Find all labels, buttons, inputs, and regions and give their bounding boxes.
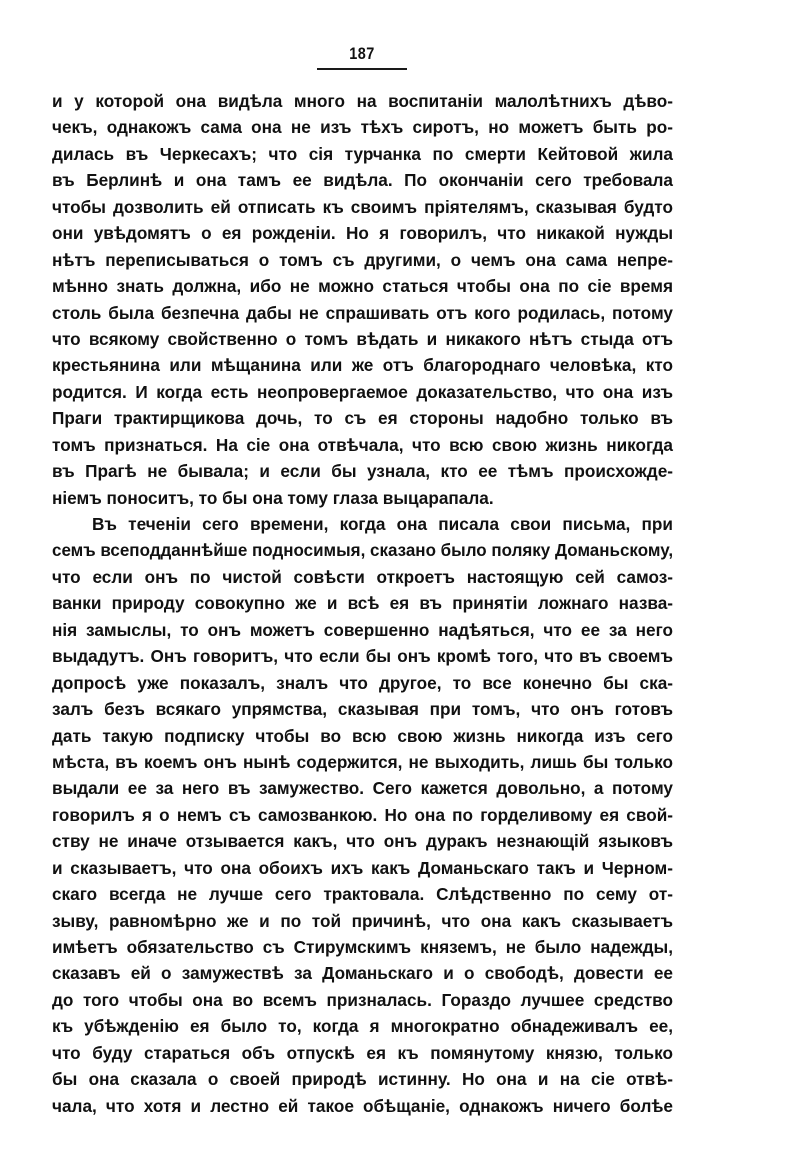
text-line: залъ безъ всякаго упрямства, сказывая пр… xyxy=(52,696,673,722)
line-text: говорилъ я о немъ съ самозванкою. Но она… xyxy=(52,802,673,828)
line-text: ству не иначе отзывается какъ, что онъ д… xyxy=(52,828,673,854)
text-line: чала, что хотя и лестно ей такое обѣщанi… xyxy=(52,1093,673,1119)
text-line: крестьянина или мѣщанина или же отъ благ… xyxy=(52,352,673,378)
text-line: зыву, равномѣрно же и по той причинѣ, чт… xyxy=(52,908,673,934)
line-text: скаго всегда не лучше сего трактовала. С… xyxy=(52,881,673,907)
text-line: выдали ее за него въ замужество. Сего ка… xyxy=(52,775,673,801)
text-line: семъ всеподданнѣйше подносимыя, сказано … xyxy=(52,537,673,563)
text-line: допросѣ уже показалъ, зналъ что другое, … xyxy=(52,670,673,696)
text-line: что буду стараться объ отпускѣ ея къ пом… xyxy=(52,1040,673,1066)
line-text: крестьянина или мѣщанина или же отъ благ… xyxy=(52,352,673,378)
text-line: къ убѣжденiю ея было то, когда я многокр… xyxy=(52,1013,673,1039)
text-line: сказавъ ей о замужествѣ за Доманьскаго и… xyxy=(52,960,673,986)
text-line: въ Берлинѣ и она тамъ ее видѣла. По окон… xyxy=(52,167,673,193)
paragraph-2: Въ теченiи сего времени, когда она писал… xyxy=(52,511,673,1119)
text-line: что если онъ по чистой совѣсти откроетъ … xyxy=(52,564,673,590)
page-number: 187 xyxy=(323,44,401,64)
line-text: залъ безъ всякаго упрямства, сказывая пр… xyxy=(52,696,673,722)
text-line: Праги трактирщикова дочь, то съ ея сторо… xyxy=(52,405,673,431)
line-text: и сказываетъ, что она обоихъ ихъ какъ До… xyxy=(52,855,673,881)
text-line: они увѣдомятъ о ея рожденiи. Но я говори… xyxy=(52,220,673,246)
text-line: нiя замыслы, то онъ можетъ совершенно на… xyxy=(52,617,673,643)
text-line: имѣетъ обязательство съ Стирумскимъ княз… xyxy=(52,934,673,960)
text-line: ству не иначе отзывается какъ, что онъ д… xyxy=(52,828,673,854)
line-text: сказавъ ей о замужествѣ за Доманьскаго и… xyxy=(52,960,673,986)
line-text: въ Берлинѣ и она тамъ ее видѣла. По окон… xyxy=(52,167,673,193)
line-text: столь была безпечна дабы не спрашивать о… xyxy=(52,300,673,326)
text-line: дать такую подписку чтобы во всю свою жи… xyxy=(52,723,673,749)
text-line: скаго всегда не лучше сего трактовала. С… xyxy=(52,881,673,907)
line-text: дать такую подписку чтобы во всю свою жи… xyxy=(52,723,673,749)
line-text: дилась въ Черкесахъ; что сiя турчанка по… xyxy=(52,141,673,167)
line-text: чекъ, однакожъ сама она не изъ тѣхъ сиро… xyxy=(52,114,673,140)
line-text: зыву, равномѣрно же и по той причинѣ, чт… xyxy=(52,908,673,934)
line-text: чала, что хотя и лестно ей такое обѣщанi… xyxy=(52,1093,673,1119)
text-line: говорилъ я о немъ съ самозванкою. Но она… xyxy=(52,802,673,828)
line-text: они увѣдомятъ о ея рожденiи. Но я говори… xyxy=(52,220,673,246)
text-line: и у которой она видѣла много на воспитан… xyxy=(52,88,673,114)
line-text: до того чтобы она во всемъ призналась. Г… xyxy=(52,987,673,1013)
paragraph-1: и у которой она видѣла много на воспитан… xyxy=(52,88,673,511)
line-text: что всякому свойственно о томъ вѣдать и … xyxy=(52,326,673,352)
text-line: столь была безпечна дабы не спрашивать о… xyxy=(52,300,673,326)
text-body: и у которой она видѣла много на воспитан… xyxy=(52,88,673,1119)
line-text: къ убѣжденiю ея было то, когда я многокр… xyxy=(52,1013,673,1039)
text-line: ванки природу совокупно же и всѣ ея въ п… xyxy=(52,590,673,616)
line-text: Въ теченiи сего времени, когда она писал… xyxy=(52,511,673,537)
text-line: выдадутъ. Онъ говоритъ, что если бы онъ … xyxy=(52,643,673,669)
line-text: мѣнно знать должна, ибо не можно статься… xyxy=(52,273,673,299)
line-text: бы она сказала о своей природѣ истинну. … xyxy=(52,1066,673,1092)
line-text: выдадутъ. Онъ говоритъ, что если бы онъ … xyxy=(52,643,673,669)
text-line: мѣнно знать должна, ибо не можно статься… xyxy=(52,273,673,299)
text-line: и сказываетъ, что она обоихъ ихъ какъ До… xyxy=(52,855,673,881)
line-text: что буду стараться объ отпускѣ ея къ пом… xyxy=(52,1040,673,1066)
text-line: нiемъ поноситъ, то бы она тому глаза выц… xyxy=(52,485,673,511)
page-header: 187 xyxy=(316,44,408,70)
line-text: семъ всеподданнѣйше подносимыя, сказано … xyxy=(52,537,673,563)
text-line: родится. И когда есть неопровергаемое до… xyxy=(52,379,673,405)
line-text: ванки природу совокупно же и всѣ ея въ п… xyxy=(52,590,673,616)
line-text: томъ признаться. На сiе она отвѣчала, чт… xyxy=(52,432,673,458)
text-line: нѣтъ переписываться о томъ съ другими, о… xyxy=(52,247,673,273)
text-line: до того чтобы она во всемъ призналась. Г… xyxy=(52,987,673,1013)
text-line: чекъ, однакожъ сама она не изъ тѣхъ сиро… xyxy=(52,114,673,140)
line-text: родится. И когда есть неопровергаемое до… xyxy=(52,379,673,405)
text-line: дилась въ Черкесахъ; что сiя турчанка по… xyxy=(52,141,673,167)
line-text: въ Прагѣ не бывала; и если бы узнала, кт… xyxy=(52,458,673,484)
text-line: томъ признаться. На сiе она отвѣчала, чт… xyxy=(52,432,673,458)
line-text: и у которой она видѣла много на воспитан… xyxy=(52,88,673,114)
text-line: мѣста, въ коемъ онъ нынѣ содержится, не … xyxy=(52,749,673,775)
text-line: бы она сказала о своей природѣ истинну. … xyxy=(52,1066,673,1092)
text-line: чтобы дозволить ей отписать къ своимъ пр… xyxy=(52,194,673,220)
line-text: допросѣ уже показалъ, зналъ что другое, … xyxy=(52,670,673,696)
text-line: что всякому свойственно о томъ вѣдать и … xyxy=(52,326,673,352)
line-text: нiемъ поноситъ, то бы она тому глаза выц… xyxy=(52,485,494,511)
line-text: нiя замыслы, то онъ можетъ совершенно на… xyxy=(52,617,673,643)
line-text: нѣтъ переписываться о томъ съ другими, о… xyxy=(52,247,673,273)
line-text: что если онъ по чистой совѣсти откроетъ … xyxy=(52,564,673,590)
line-text: чтобы дозволить ей отписать къ своимъ пр… xyxy=(52,194,673,220)
line-text: Праги трактирщикова дочь, то съ ея сторо… xyxy=(52,405,673,431)
line-text: мѣста, въ коемъ онъ нынѣ содержится, не … xyxy=(52,749,673,775)
line-text: имѣетъ обязательство съ Стирумскимъ княз… xyxy=(52,934,673,960)
header-rule xyxy=(317,68,407,70)
line-text: выдали ее за него въ замужество. Сего ка… xyxy=(52,775,673,801)
text-line: въ Прагѣ не бывала; и если бы узнала, кт… xyxy=(52,458,673,484)
text-line: Въ теченiи сего времени, когда она писал… xyxy=(52,511,673,537)
